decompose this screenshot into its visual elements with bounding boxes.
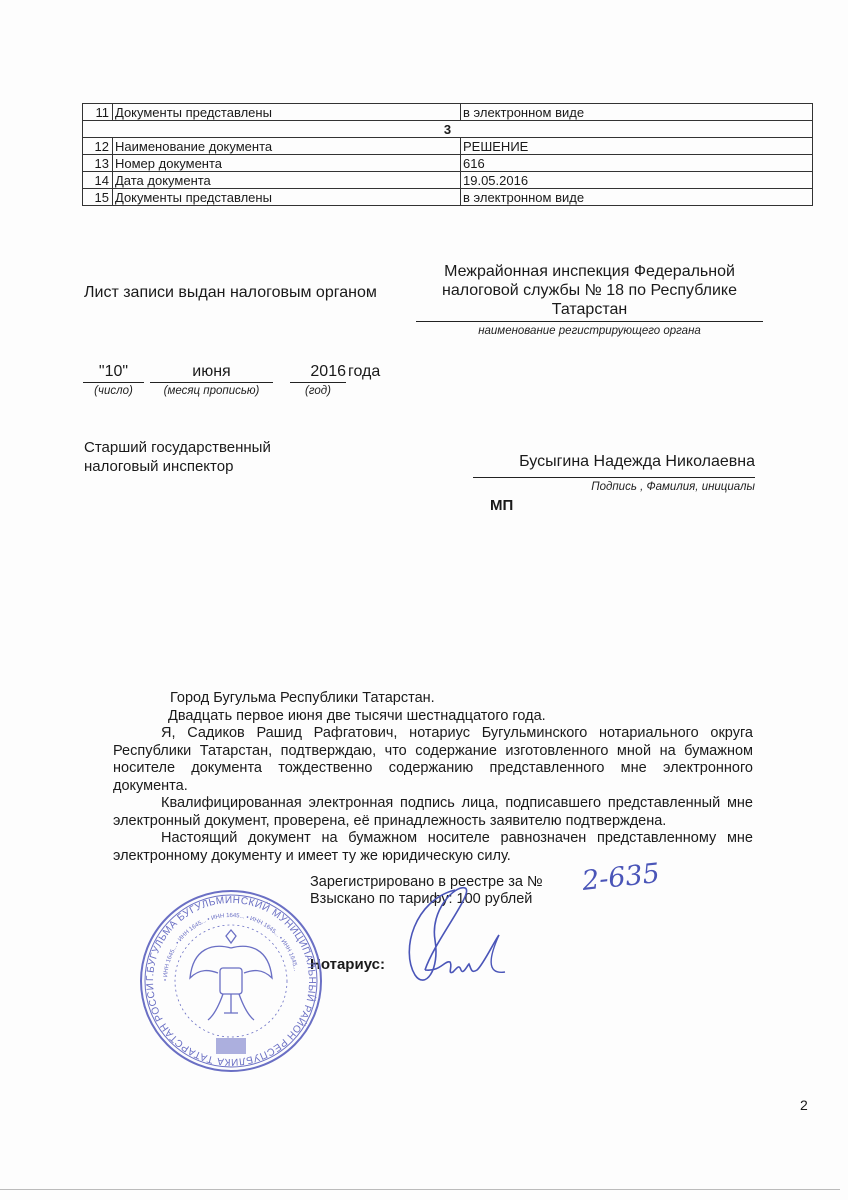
row-label: Документы представлены (113, 189, 461, 206)
date-month: июня (150, 362, 273, 381)
signatory-position: Старший государственный налоговый инспек… (84, 438, 271, 476)
table-section-row: 3 (83, 121, 813, 138)
row-number: 12 (83, 138, 113, 155)
authority-underline (416, 321, 763, 322)
row-number: 15 (83, 189, 113, 206)
seal-label: МП (490, 497, 513, 514)
signature-hint: Подпись , Фамилия, инициалы (473, 481, 755, 493)
registry-number-handwritten: 2-635 (581, 858, 662, 897)
table-row: 11 Документы представлены в электронном … (83, 104, 813, 121)
row-label: Наименование документа (113, 138, 461, 155)
row-label: Документы представлены (113, 104, 461, 121)
row-label: Дата документа (113, 172, 461, 189)
day-hint: (число) (83, 385, 144, 397)
row-number: 13 (83, 155, 113, 172)
month-underline (150, 382, 273, 383)
notary-signature-check: Квалифицированная электронная подпись ли… (113, 795, 753, 830)
position-line-2: налоговый инспектор (84, 457, 271, 476)
year-hint: (год) (290, 385, 346, 397)
notary-certification: Город Бугульма Республики Татарстан. Два… (113, 690, 753, 865)
month-hint: (месяц прописью) (150, 385, 273, 397)
notary-signature (395, 880, 515, 990)
section-number: 3 (83, 121, 813, 138)
authority-name: Межрайонная инспекция Федеральной налого… (416, 262, 763, 319)
table-row: 15 Документы представлены в электронном … (83, 189, 813, 206)
row-value: РЕШЕНИЕ (461, 138, 813, 155)
date-year: 2016 (290, 362, 346, 381)
row-value: 616 (461, 155, 813, 172)
svg-text:• ИНН 1645... • ИНН 1645... •: • ИНН 1645... • ИНН 1645... • ИНН 1645..… (163, 913, 298, 981)
row-value: в электронном виде (461, 104, 813, 121)
date-year-suffix: года (348, 362, 380, 381)
registry-table: 11 Документы представлены в электронном … (82, 103, 813, 206)
notary-date-text: Двадцать первое июня две тысячи шестнадц… (113, 708, 753, 726)
row-value: в электронном виде (461, 189, 813, 206)
day-underline (83, 382, 144, 383)
row-number: 14 (83, 172, 113, 189)
table-row: 12 Наименование документа РЕШЕНИЕ (83, 138, 813, 155)
issued-by-label: Лист записи выдан налоговым органом (84, 283, 377, 302)
authority-line-1: Межрайонная инспекция Федеральной (416, 262, 763, 281)
position-line-1: Старший государственный (84, 438, 271, 457)
signature-underline (473, 477, 755, 478)
year-underline (290, 382, 346, 383)
authority-line-2: налоговой службы № 18 по Республике (416, 281, 763, 300)
scan-edge-divider (0, 1189, 840, 1190)
notary-city: Город Бугульма Республики Татарстан. (113, 690, 753, 708)
table-row: 13 Номер документа 616 (83, 155, 813, 172)
notary-stamp-icon: Г.БУГУЛЬМА БУГУЛЬМИНСКИЙ МУНИЦИПАЛЬНЫЙ Р… (138, 888, 324, 1074)
signatory-name: Бусыгина Надежда Николаевна (473, 452, 755, 471)
row-label: Номер документа (113, 155, 461, 172)
row-value: 19.05.2016 (461, 172, 813, 189)
date-day: "10" (83, 362, 144, 381)
page-number: 2 (800, 1097, 808, 1113)
authority-line-3: Татарстан (416, 300, 763, 319)
row-number: 11 (83, 104, 113, 121)
authority-hint: наименование регистрирующего органа (416, 325, 763, 337)
notary-statement: Я, Садиков Рашид Рафгатович, нотариус Бу… (113, 725, 753, 795)
table-row: 14 Дата документа 19.05.2016 (83, 172, 813, 189)
